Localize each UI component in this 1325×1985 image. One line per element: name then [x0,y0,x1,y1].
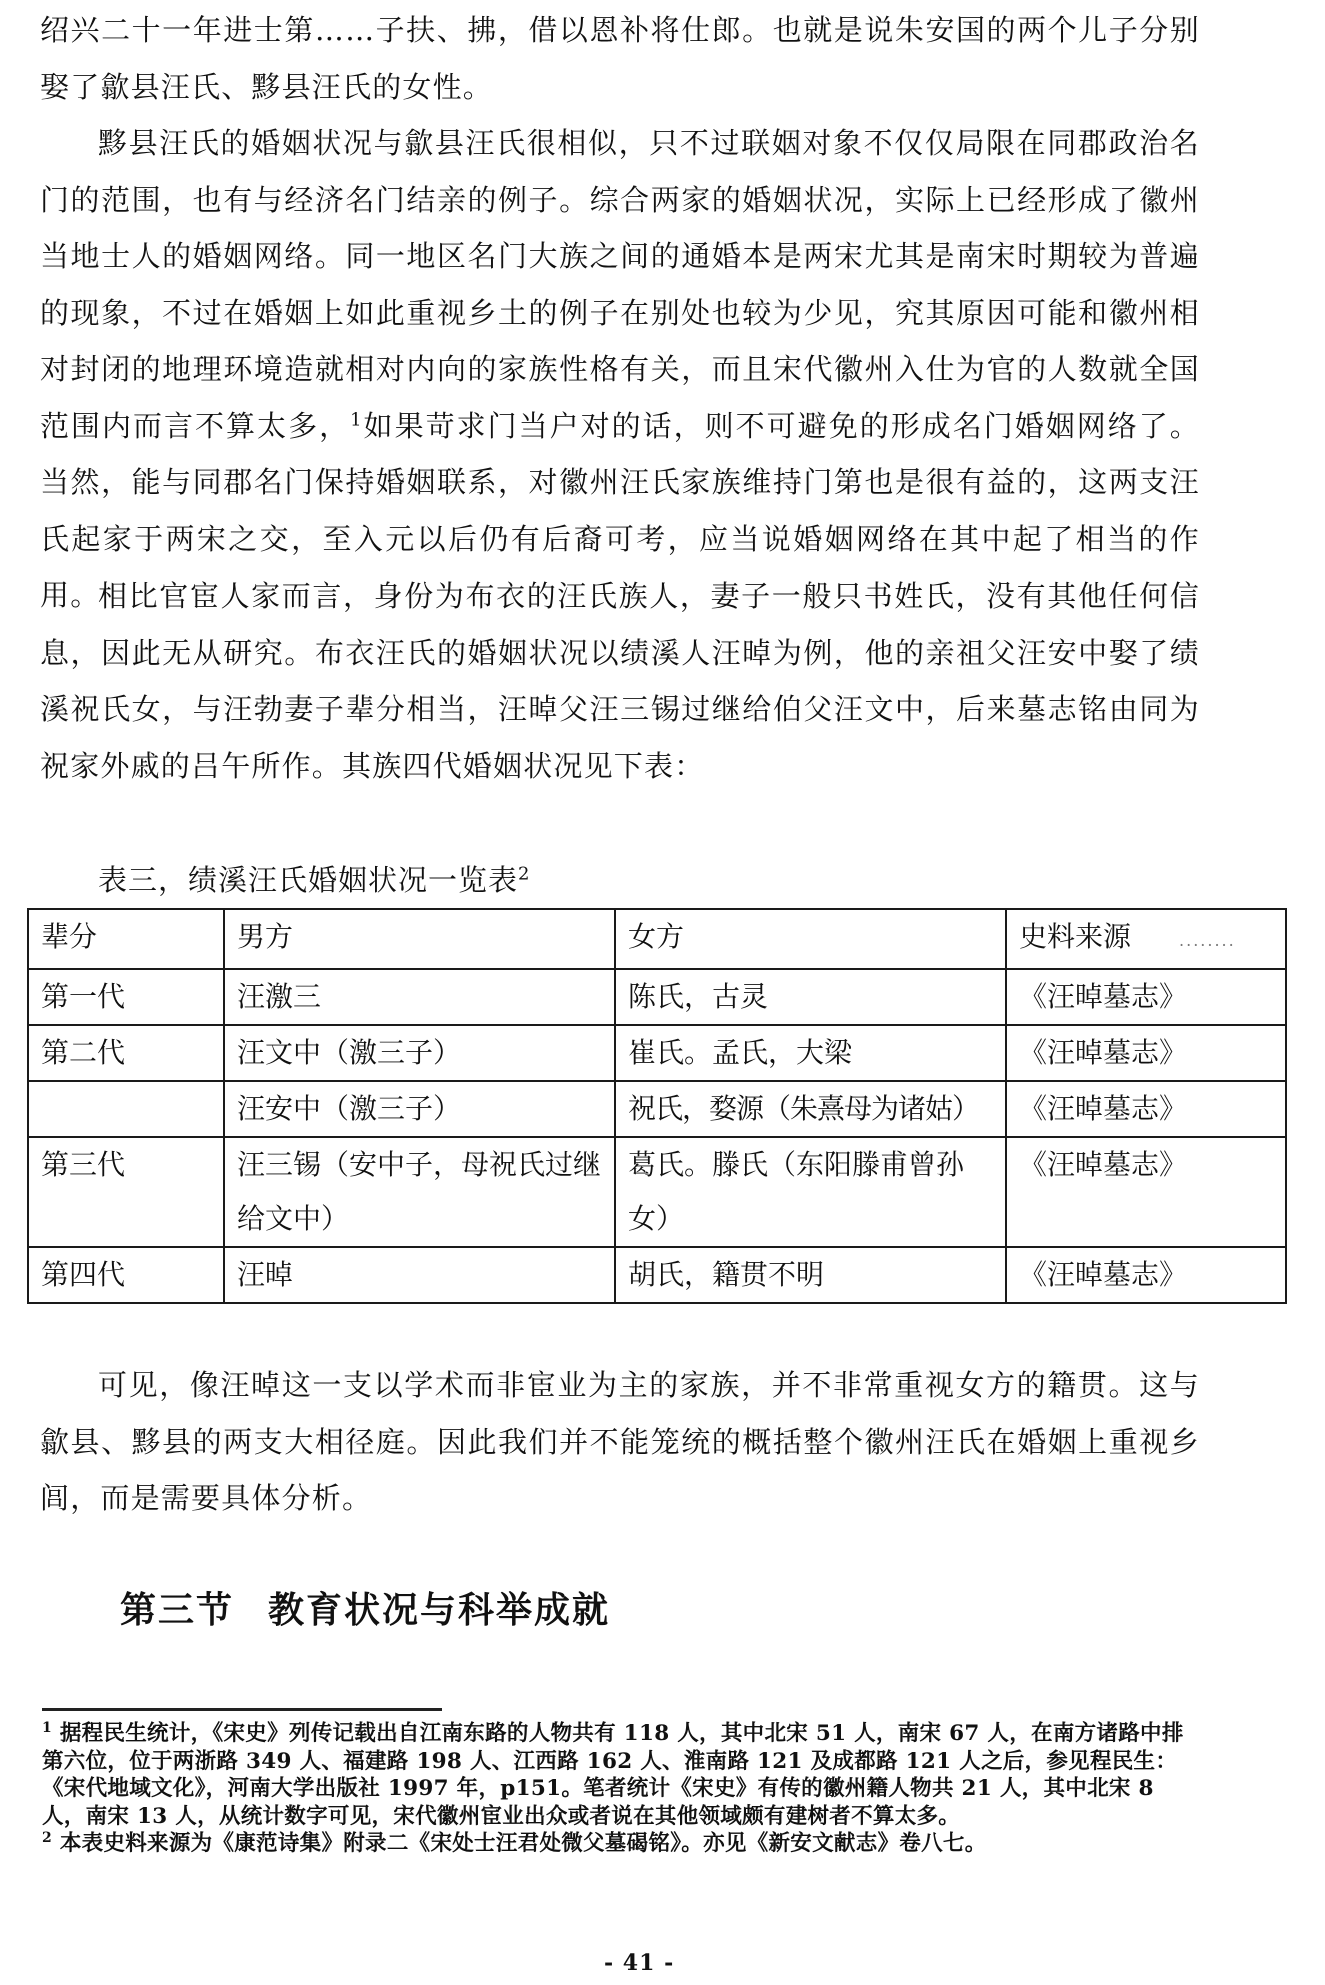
footnote-1-marker: 1 [42,1720,52,1736]
paragraph-1-text: 绍兴二十一年进士第……子扶、拂，借以恩补将仕郎。也就是说朱安国的两个儿子分别娶了… [40,13,1200,104]
cell-male: 汪安中（激三子） [224,1081,615,1137]
page-number: - 41 - [604,1950,674,1976]
footnote-1-text: 据程民生统计，《宋史》列传记载出自江南东路的人物共有 118 人，其中北宋 51… [42,1721,1184,1829]
table-row: 汪安中（激三子） 祝氏，婺源（朱熹母为诸姑） 《汪晫墓志》 [28,1081,1286,1137]
cell-generation [28,1081,224,1137]
paragraph-2-text: 黟县汪氏的婚姻状况与歙县汪氏很相似，只不过联姻对象不仅仅局限在同郡政治名门的范围… [40,126,1200,443]
footnote-2: 2 本表史料来源为《康范诗集》附录二《宋处士汪君处微父墓碣铭》。亦见《新安文献志… [42,1830,1202,1858]
cell-source: 《汪晫墓志》 [1006,1025,1286,1081]
footnote-divider [42,1708,442,1711]
cell-source: 《汪晫墓志》 [1006,1137,1286,1247]
footnotes: 1 据程民生统计，《宋史》列传记载出自江南东路的人物共有 118 人，其中北宋 … [42,1720,1202,1858]
cell-male: 汪文中（激三子） [224,1025,615,1081]
paragraph-4: 可见，像汪晫这一支以学术而非宦业为主的家族，并不非常重视女方的籍贯。这与歙县、黟… [40,1357,1200,1527]
cell-male: 汪晫 [224,1247,615,1303]
paragraph-1: 绍兴二十一年进士第……子扶、拂，借以恩补将仕郎。也就是说朱安国的两个儿子分别娶了… [40,2,1200,115]
section-number: 第三节 [120,1590,234,1631]
paragraph-4-text: 可见，像汪晫这一支以学术而非宦业为主的家族，并不非常重视女方的籍贯。这与歙县、黟… [40,1368,1200,1515]
header-female: 女方 [615,909,1006,969]
paragraph-2: 黟县汪氏的婚姻状况与歙县汪氏很相似，只不过联姻对象不仅仅局限在同郡政治名门的范围… [40,115,1200,624]
cell-source: 《汪晫墓志》 [1006,969,1286,1025]
paragraph-3-text: 相比官宦人家而言，身份为布衣的汪氏族人，妻子一般只书姓氏，没有其他任何信息，因此… [40,579,1200,783]
document-page: 绍兴二十一年进士第……子扶、拂，借以恩补将仕郎。也就是说朱安国的两个儿子分别娶了… [0,0,1325,1985]
header-source-text: 史料来源 [1019,920,1131,953]
footnote-1: 1 据程民生统计，《宋史》列传记载出自江南东路的人物共有 118 人，其中北宋 … [42,1720,1202,1830]
header-source: 史料来源........ [1006,909,1286,969]
cell-generation: 第四代 [28,1247,224,1303]
table-row: 第四代 汪晫 胡氏，籍贯不明 《汪晫墓志》 [28,1247,1286,1303]
footnote-ref-2[interactable]: 2 [518,863,530,884]
cell-source: 《汪晫墓志》 [1006,1081,1286,1137]
cell-female: 崔氏。孟氏，大梁 [615,1025,1006,1081]
table-row: 第三代 汪三锡（安中子，母祝氏过继给文中） 葛氏。滕氏（东阳滕甫曾孙女） 《汪晫… [28,1137,1286,1247]
cell-female: 陈氏，古灵 [615,969,1006,1025]
footnote-2-text: 本表史料来源为《康范诗集》附录二《宋处士汪君处微父墓碣铭》。亦见《新安文献志》卷… [60,1831,987,1856]
cell-generation: 第二代 [28,1025,224,1081]
table-caption-text: 表三，绩溪汪氏婚姻状况一览表 [98,863,518,897]
cell-female: 祝氏，婺源（朱熹母为诸姑） [615,1081,1006,1137]
section-heading: 第三节教育状况与科举成就 [120,1582,610,1633]
marriage-table: 辈分 男方 女方 史料来源........ 第一代 汪激三 陈氏，古灵 《汪晫墓… [27,908,1287,1304]
cell-female: 胡氏，籍贯不明 [615,1247,1006,1303]
cell-male: 汪三锡（安中子，母祝氏过继给文中） [224,1137,615,1247]
cell-generation: 第一代 [28,969,224,1025]
table-row: 第二代 汪文中（激三子） 崔氏。孟氏，大梁 《汪晫墓志》 [28,1025,1286,1081]
scan-artifact-dots: ........ [1179,931,1236,950]
table-header-row: 辈分 男方 女方 史料来源........ [28,909,1286,969]
cell-source: 《汪晫墓志》 [1006,1247,1286,1303]
section-title-text: 教育状况与科举成就 [268,1590,610,1631]
cell-male: 汪激三 [224,969,615,1025]
header-generation: 辈分 [28,909,224,969]
table-row: 第一代 汪激三 陈氏，古灵 《汪晫墓志》 [28,969,1286,1025]
footnote-ref-1[interactable]: 1 [350,409,363,430]
cell-female: 葛氏。滕氏（东阳滕甫曾孙女） [615,1137,1006,1247]
table-caption: 表三，绩溪汪氏婚姻状况一览表2 [98,858,530,899]
cell-generation: 第三代 [28,1137,224,1247]
paragraph-3: 相比官宦人家而言，身份为布衣的汪氏族人，妻子一般只书姓氏，没有其他任何信息，因此… [40,568,1200,794]
footnote-2-marker: 2 [42,1830,52,1846]
header-male: 男方 [224,909,615,969]
